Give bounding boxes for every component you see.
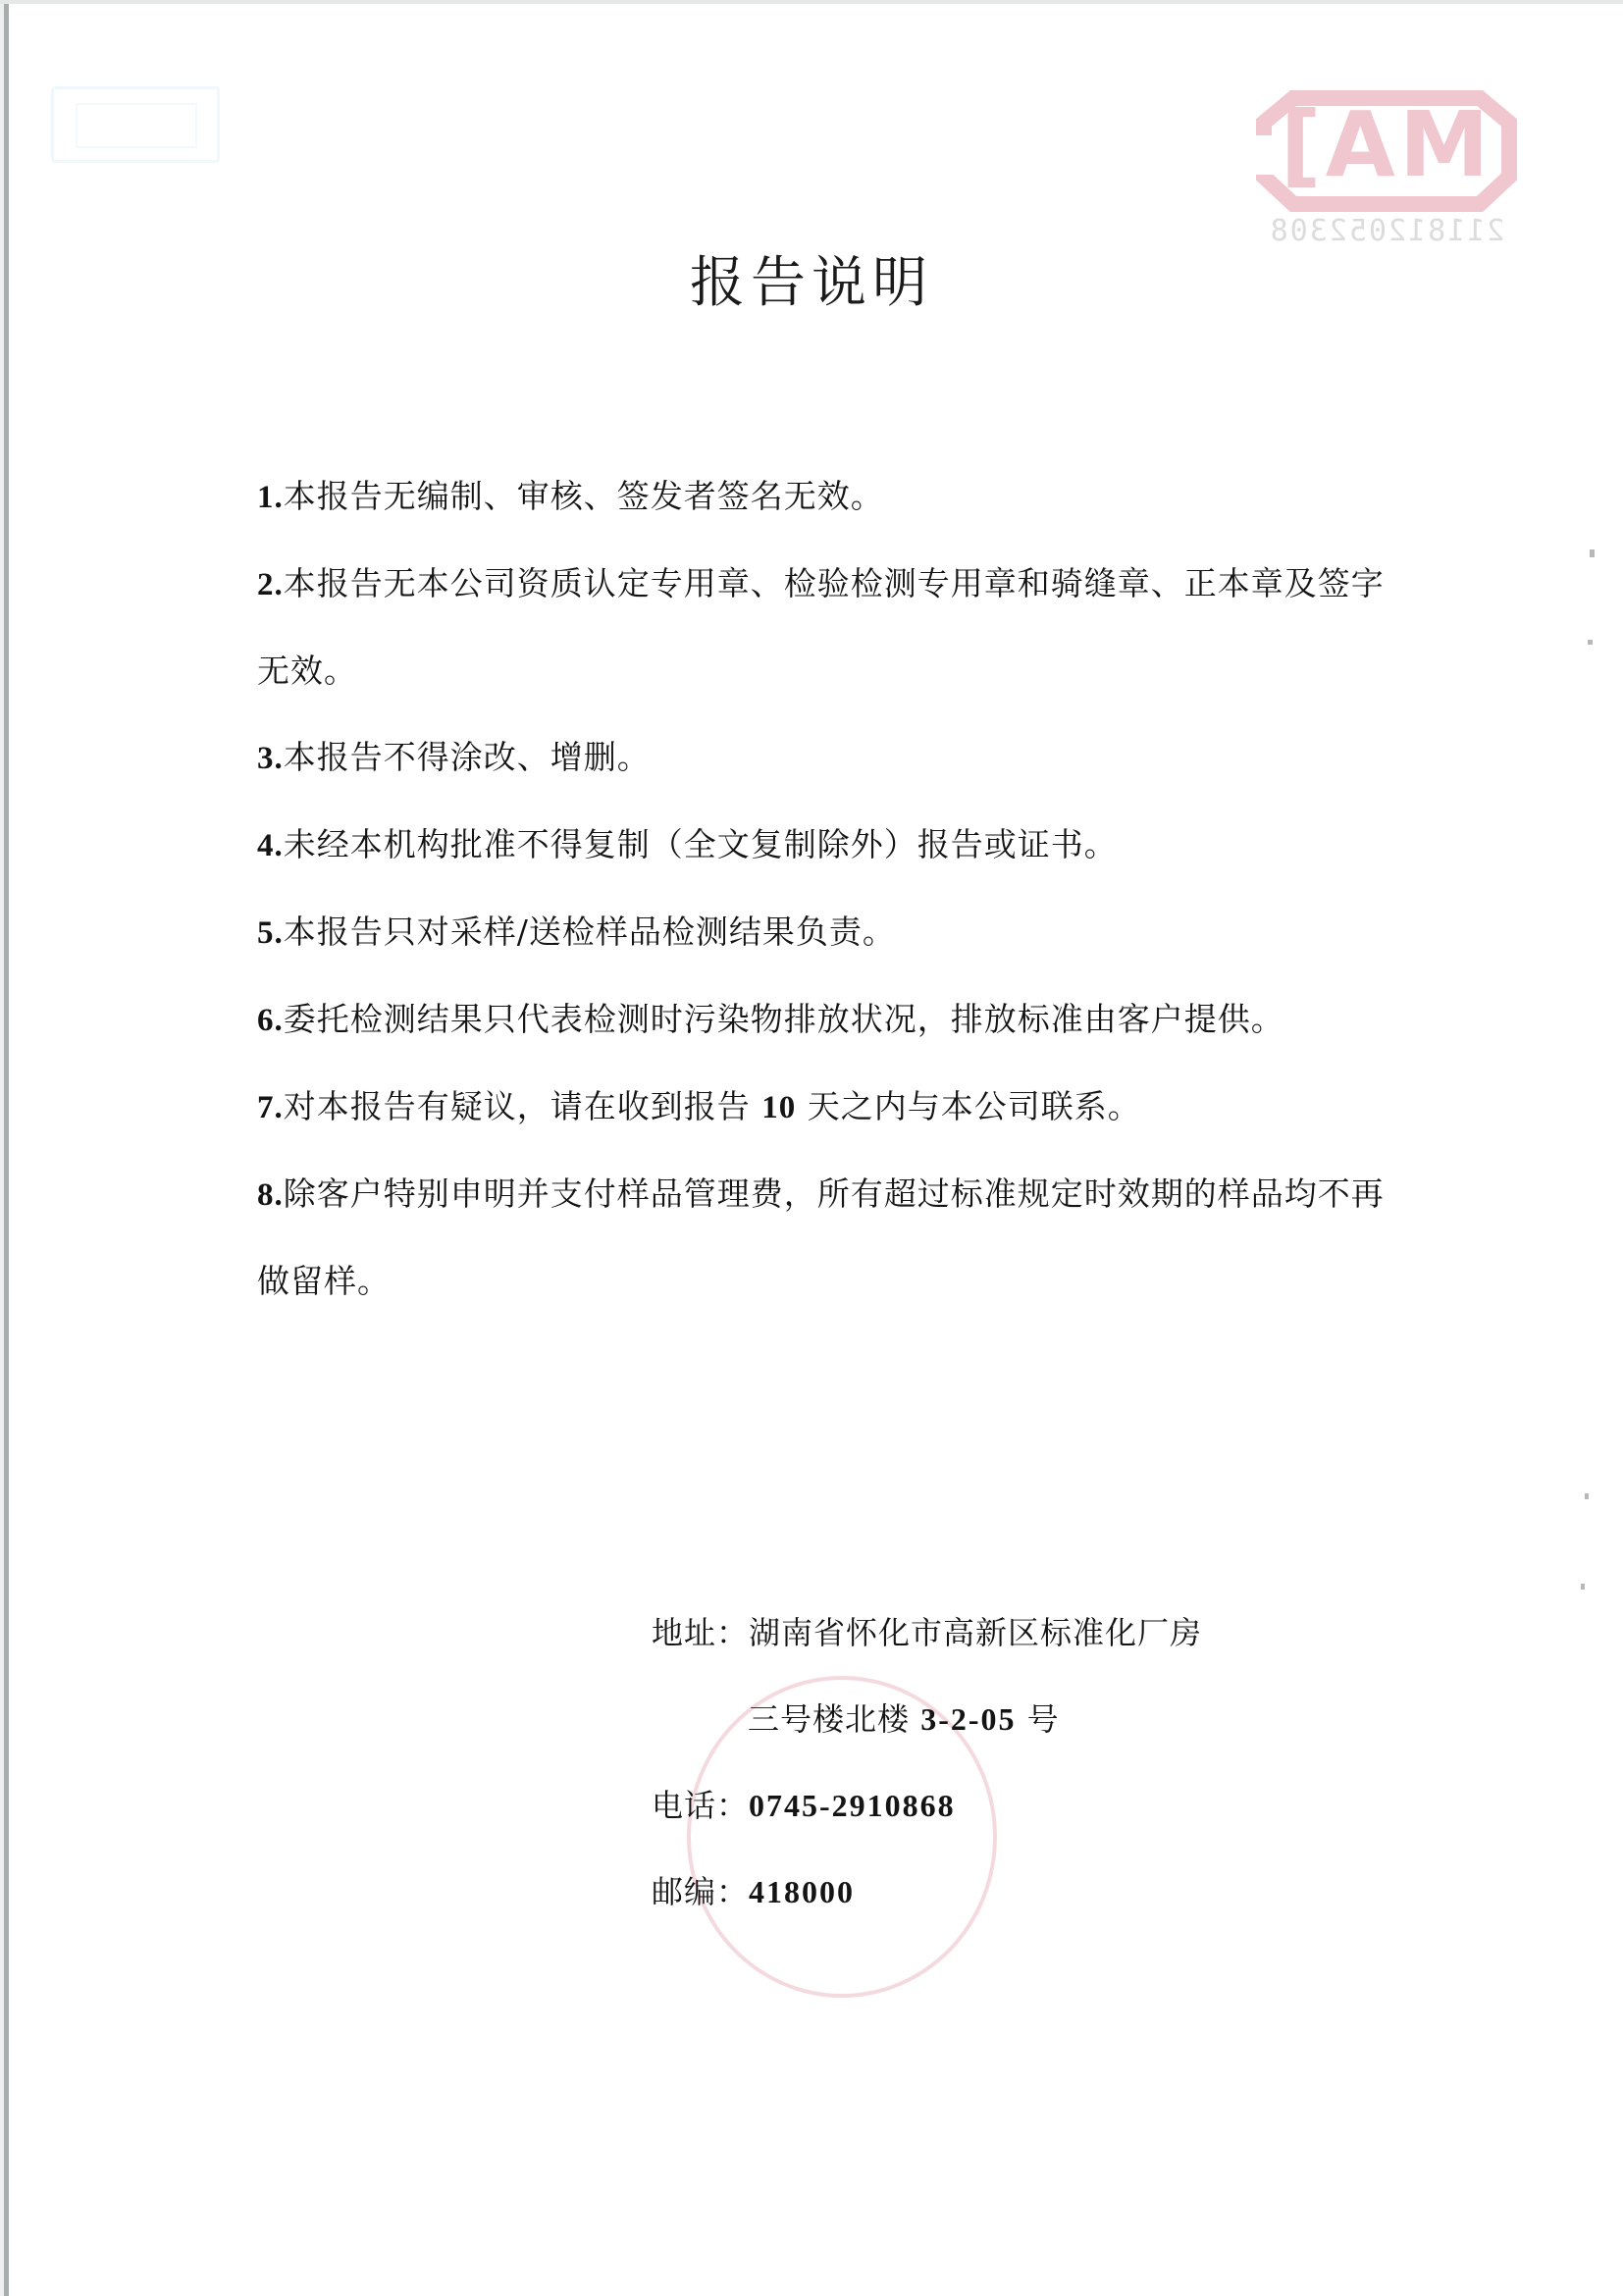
note-item-5: 5.本报告只对采样/送检样品检测结果负责。: [257, 889, 1415, 976]
address-building: 三号楼北楼: [748, 1700, 920, 1738]
postcode-line: 邮编：418000: [652, 1849, 1338, 1935]
address-line-2: 三号楼北楼 3-2-05 号: [652, 1676, 1338, 1762]
note-text: 本报告只对采样/送检样品检测结果负责。: [284, 913, 896, 951]
note-number: 2.: [257, 567, 284, 602]
report-notes-list: 1.本报告无编制、审核、签发者签名无效。 2.本报告无本公司资质认定专用章、检验…: [257, 453, 1415, 1325]
scan-border-top: [0, 0, 1623, 4]
scan-border-left: [4, 0, 9, 2296]
scan-speck: [1588, 640, 1593, 645]
phone-label: 电话：: [652, 1787, 749, 1824]
note-number: 7.: [257, 1090, 284, 1125]
postcode-value: 418000: [749, 1874, 855, 1909]
address-value: 湖南省怀化市高新区标准化厂房: [749, 1614, 1202, 1651]
note-item-3: 3.本报告不得涂改、增删。: [257, 714, 1415, 802]
postcode-label: 邮编：: [652, 1873, 749, 1910]
note-text: 本报告不得涂改、增删。: [284, 738, 651, 776]
note-text: 本报告无编制、审核、签发者签名无效。: [284, 477, 884, 515]
address-suffix: 号: [1017, 1700, 1060, 1738]
note-item-7: 7.对本报告有疑议，请在收到报告 10 天之内与本公司联系。: [257, 1064, 1415, 1151]
cma-certification-mark: [AM 211812052308: [1254, 69, 1519, 255]
note-text-before: 对本报告有疑议，请在收到报告: [284, 1087, 762, 1125]
note-text: 本报告无本公司资质认定专用章、检验检测专用章和骑缝章、正本章及签字无效。: [257, 564, 1385, 690]
address-label: 地址：: [652, 1614, 749, 1651]
address-line-1: 地址：湖南省怀化市高新区标准化厂房: [652, 1590, 1338, 1676]
note-number: 8.: [257, 1177, 284, 1213]
scan-speck: [1581, 1584, 1585, 1590]
note-item-6: 6.委托检测结果只代表检测时污染物排放状况，排放标准由客户提供。: [257, 976, 1415, 1064]
note-number: 1.: [257, 480, 284, 515]
note-number: 5.: [257, 915, 284, 951]
faint-cyan-stamp-inner: [76, 103, 197, 148]
faint-cyan-stamp: [51, 86, 220, 163]
note-days-count: 10: [761, 1090, 796, 1125]
note-number: 4.: [257, 828, 284, 863]
cma-letters: [AM: [1254, 96, 1519, 194]
note-item-8: 8.除客户特别申明并支付样品管理费，所有超过标准规定时效期的样品均不再做留样。: [257, 1151, 1393, 1325]
note-text: 未经本机构批准不得复制（全文复制除外）报告或证书。: [284, 825, 1118, 863]
note-item-1: 1.本报告无编制、审核、签发者签名无效。: [257, 453, 1415, 541]
note-text-after: 天之内与本公司联系。: [796, 1087, 1141, 1125]
scan-speck: [1590, 549, 1595, 557]
phone-line: 电话：0745-2910868: [652, 1762, 1338, 1849]
contact-block: 地址：湖南省怀化市高新区标准化厂房 三号楼北楼 3-2-05 号 电话：0745…: [652, 1590, 1338, 1935]
phone-value: 0745-2910868: [749, 1788, 956, 1823]
note-item-4: 4.未经本机构批准不得复制（全文复制除外）报告或证书。: [257, 802, 1415, 889]
scan-speck: [1585, 1493, 1589, 1499]
note-text: 委托检测结果只代表检测时污染物排放状况，排放标准由客户提供。: [284, 1000, 1284, 1038]
address-room-number: 3-2-05: [920, 1701, 1016, 1737]
cma-certificate-number: 211812052308: [1254, 214, 1519, 248]
note-text: 除客户特别申明并支付样品管理费，所有超过标准规定时效期的样品均不再做留样。: [257, 1174, 1385, 1300]
note-number: 6.: [257, 1003, 284, 1038]
note-number: 3.: [257, 741, 284, 776]
note-item-2: 2.本报告无本公司资质认定专用章、检验检测专用章和骑缝章、正本章及签字无效。: [257, 541, 1393, 714]
page-title: 报告说明: [0, 249, 1623, 318]
